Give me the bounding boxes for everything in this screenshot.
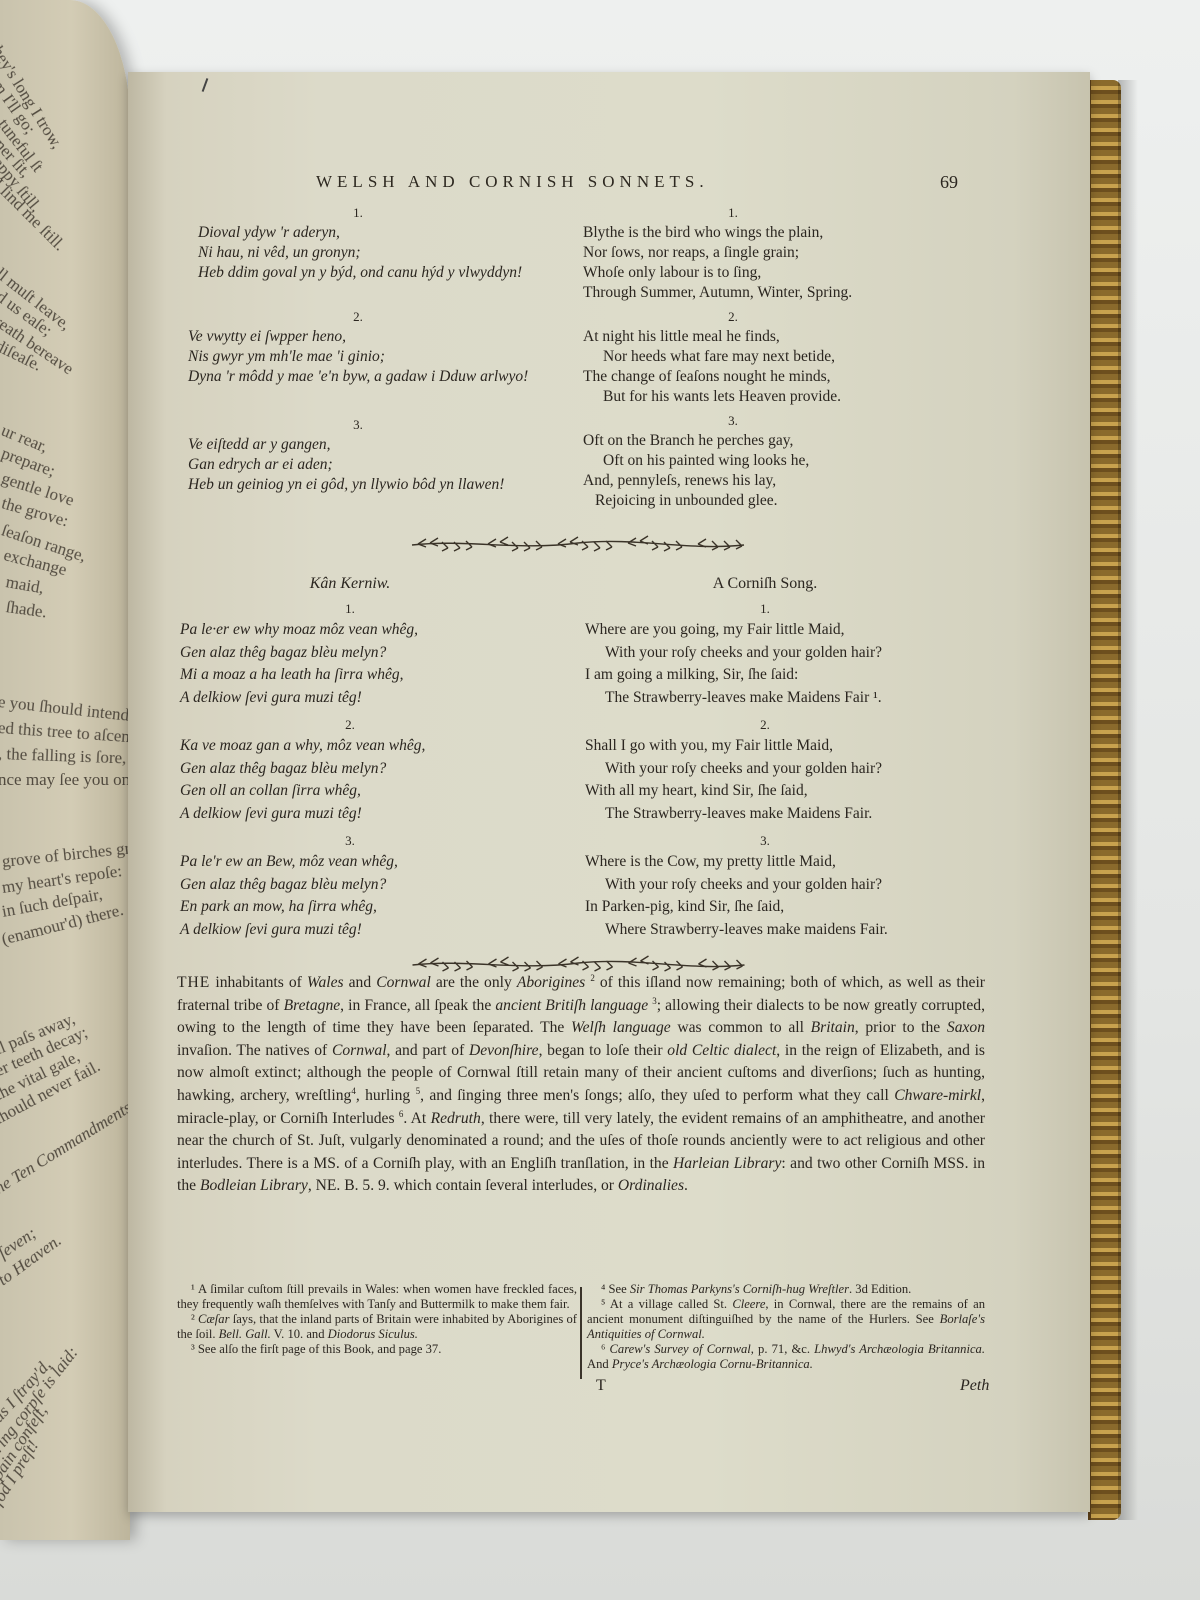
footnote-5: ⁵ At a village called St. Cleere, in Cor… bbox=[587, 1297, 985, 1342]
text: Bretagne bbox=[284, 997, 341, 1014]
text: Bell. Gall. bbox=[219, 1327, 271, 1341]
verse-line: Oft on the Branch he perches gay, bbox=[583, 431, 963, 451]
text: , prior to the bbox=[855, 1019, 947, 1036]
verse-line: Blythe is the bird who wings the plain, bbox=[583, 223, 963, 243]
text: Cornwal bbox=[376, 974, 431, 991]
stanza: 1. Blythe is the bird who wings the plai… bbox=[583, 205, 963, 303]
stanza-number: 1. bbox=[180, 601, 560, 617]
stanza-number: 2. bbox=[180, 717, 560, 733]
verse-line: With your roſy cheeks and your golden ha… bbox=[585, 644, 882, 661]
verse-line: A delkiow ſevi gura muzi têg! bbox=[180, 687, 560, 710]
text: Diodorus Siculus. bbox=[328, 1327, 418, 1341]
text: are the only bbox=[431, 974, 517, 991]
text: Cornwal bbox=[332, 1042, 387, 1059]
footnote-4: ⁴ See Sir Thomas Parkyns's Corniſh-hug W… bbox=[587, 1282, 985, 1297]
stanza: 1. Pa le·er ew why moaz môz vean whêg, G… bbox=[180, 601, 560, 709]
verse-line: A delkiow ſevi gura muzi têg! bbox=[180, 803, 560, 826]
verse-line: Gen oll an collan ſirra whêg, bbox=[180, 780, 560, 803]
footnotes-left: ¹ A ſimilar cuſtom ſtill prevails in Wal… bbox=[177, 1282, 577, 1357]
text: Sir Thomas Parkyns's Corniſh-hug Wreſtle… bbox=[630, 1282, 849, 1296]
text: Cæſar bbox=[198, 1312, 230, 1326]
stanza: 2. Ve vwytty ei ſwpper heno, Nis gwyr ym… bbox=[188, 309, 558, 387]
stanza-number: 1. bbox=[188, 205, 558, 221]
english-sonnet: 1. Blythe is the bird who wings the plai… bbox=[583, 205, 963, 529]
verse-line: Ve eiſtedd ar y gangen, bbox=[188, 435, 558, 455]
verse-line: Heb ddim goval yn y býd, ond canu hýd y … bbox=[188, 263, 558, 283]
text: Pryce's Archæologia Cornu-Britannica. bbox=[612, 1357, 813, 1371]
stanza: 1. Where are you going, my Fair little M… bbox=[585, 601, 985, 709]
signature-mark: T bbox=[596, 1377, 606, 1395]
text: , NE. B. 5. 9. which contain ſeveral int… bbox=[308, 1177, 618, 1194]
drop-caps-lead: THE bbox=[177, 974, 210, 991]
verse-line: A delkiow ſevi gura muzi têg! bbox=[180, 919, 560, 942]
verse-line: Dyna 'r môdd y mae 'e'n byw, a gadaw i D… bbox=[188, 367, 558, 387]
text: , hurling bbox=[356, 1087, 410, 1104]
verse-line: The Strawberry-leaves make Maidens Fair. bbox=[585, 805, 872, 822]
leaf-ornament-divider bbox=[408, 535, 748, 555]
verse-line: In Parken-pig, kind Sir, ſhe ſaid, bbox=[585, 896, 985, 919]
verse-line: At night his little meal he finds, bbox=[583, 327, 963, 347]
text: Devonſhire bbox=[469, 1042, 539, 1059]
text: ² bbox=[191, 1312, 198, 1326]
verse-line: Nor ſows, nor reaps, a ſingle grain; bbox=[583, 243, 963, 263]
stanza-number: 2. bbox=[188, 309, 558, 325]
text: and bbox=[344, 974, 377, 991]
facing-line: nce may ſee you once more! bbox=[0, 770, 130, 790]
verse-line: Through Summer, Autumn, Winter, Spring. bbox=[583, 283, 963, 303]
verse-line: The change of ſeaſons nought he minds, bbox=[583, 367, 963, 387]
verse-line: I am going a milking, Sir, ſhe ſaid: bbox=[585, 664, 985, 687]
stanza: 2. Shall I go with you, my Fair little M… bbox=[585, 717, 985, 825]
text: V. 10. and bbox=[271, 1327, 328, 1341]
footnote-column-rule bbox=[580, 1287, 582, 1379]
text: , p. 71, &c. bbox=[751, 1342, 814, 1356]
gilt-page-edges bbox=[1088, 80, 1121, 1520]
stanza-number: 3. bbox=[585, 833, 985, 849]
song-title: Kân Kerniw. bbox=[180, 575, 560, 593]
text: , and part of bbox=[387, 1042, 469, 1059]
footnote-1: ¹ A ſimilar cuſtom ſtill prevails in Wal… bbox=[177, 1282, 577, 1312]
verse-line: Ni hau, ni vêd, un gronyn; bbox=[188, 243, 558, 263]
verse-line: Where Strawberry-leaves make maidens Fai… bbox=[585, 921, 888, 938]
verse-line: En park an mow, ha ſirra whêg, bbox=[180, 896, 560, 919]
verse-line: And, pennyleſs, renews his lay, bbox=[583, 471, 963, 491]
song-title: A Corniſh Song. bbox=[585, 575, 985, 593]
text: Welſh language bbox=[571, 1019, 671, 1036]
verse-line: Nor heeds what fare may next betide, bbox=[583, 348, 835, 365]
cornish-song: Kân Kerniw. 1. Pa le·er ew why moaz môz … bbox=[180, 575, 560, 959]
stanza-number: 2. bbox=[583, 309, 963, 325]
text: invaſion. The natives of bbox=[177, 1042, 332, 1059]
text: Bodleian Library bbox=[200, 1177, 308, 1194]
stanza: 3. Oft on the Branch he perches gay, Oft… bbox=[583, 413, 963, 511]
verse-line: Where are you going, my Fair little Maid… bbox=[585, 619, 985, 642]
english-song: A Corniſh Song. 1. Where are you going, … bbox=[585, 575, 985, 959]
stanza: 3. Where is the Cow, my pretty little Ma… bbox=[585, 833, 985, 941]
facing-line: , the falling is ſore, bbox=[0, 744, 127, 768]
verse-line: But for his wants lets Heaven provide. bbox=[583, 388, 841, 405]
verse-line: Gen alaz thêg bagaz blèu melyn? bbox=[180, 874, 560, 897]
text: Harleian Library bbox=[673, 1155, 781, 1172]
text: , began to loſe their bbox=[539, 1042, 668, 1059]
facing-line: I ſind me ſtill. bbox=[0, 175, 69, 255]
footnote-3: ³ See alſo the firſt page of this Book, … bbox=[177, 1342, 577, 1357]
stanza: 1. Dioval ydyw 'r aderyn, Ni hau, ni vêd… bbox=[188, 205, 558, 283]
text: Redruth bbox=[431, 1110, 481, 1127]
text: inhabitants of bbox=[210, 974, 307, 991]
text: . bbox=[684, 1177, 688, 1194]
verse-line: Gen alaz thêg bagaz blèu melyn? bbox=[180, 758, 560, 781]
verse-line: Pa le'r ew an Bew, môz vean whêg, bbox=[180, 851, 560, 874]
text: , and ſinging three men's ſongs; alſo, t… bbox=[420, 1087, 894, 1104]
welsh-sonnet: 1. Dioval ydyw 'r aderyn, Ni hau, ni vêd… bbox=[188, 205, 558, 513]
footnote-2: ² Cæſar ſays, that the inland parts of B… bbox=[177, 1312, 577, 1342]
text: Aborigines bbox=[517, 974, 585, 991]
verse-line: Ve vwytty ei ſwpper heno, bbox=[188, 327, 558, 347]
verse-line: Whoſe only labour is to ſing, bbox=[583, 263, 963, 283]
verse-line: Gen alaz thêg bagaz blèu melyn? bbox=[180, 642, 560, 665]
stanza-number: 3. bbox=[188, 417, 558, 433]
stanza: 2. At night his little meal he finds, No… bbox=[583, 309, 963, 407]
text: . At bbox=[403, 1110, 430, 1127]
facing-page-left: hey's long I trow, m I'll go; a tuneful … bbox=[0, 0, 130, 1540]
stanza-number: 3. bbox=[583, 413, 963, 429]
prose-paragraph: THE inhabitants of Wales and Cornwal are… bbox=[177, 972, 985, 1198]
verse-line: Dioval ydyw 'r aderyn, bbox=[188, 223, 558, 243]
verse-line: Pa le·er ew why moaz môz vean whêg, bbox=[180, 619, 560, 642]
text: ⁶ bbox=[601, 1342, 610, 1356]
text: , in France, all ſpeak the bbox=[340, 997, 495, 1014]
text: And bbox=[587, 1357, 612, 1371]
verse-line: Ka ve moaz gan a why, môz vean whêg, bbox=[180, 735, 560, 758]
verse-line: Rejoicing in unbounded glee. bbox=[583, 492, 778, 509]
text: Wales bbox=[307, 974, 344, 991]
stanza: 2. Ka ve moaz gan a why, môz vean whêg, … bbox=[180, 717, 560, 825]
running-title: WELSH AND CORNISH SONNETS. bbox=[316, 172, 709, 192]
verse-line: With your roſy cheeks and your golden ha… bbox=[585, 876, 882, 893]
verse-line: Shall I go with you, my Fair little Maid… bbox=[585, 735, 985, 758]
text: old Celtic dialect bbox=[667, 1042, 776, 1059]
footnote-6: ⁶ Carew's Survey of Cornwal, p. 71, &c. … bbox=[587, 1342, 985, 1372]
stanza-number: 1. bbox=[583, 205, 963, 221]
verse-line: Heb un geiniog yn ei gôd, yn llywio bôd … bbox=[188, 475, 558, 495]
text: Carew's Survey of Cornwal bbox=[610, 1342, 751, 1356]
verse-line: Where is the Cow, my pretty little Maid, bbox=[585, 851, 985, 874]
text: was common to all bbox=[671, 1019, 811, 1036]
facing-line: maid, bbox=[4, 572, 45, 598]
text: ⁵ At a village called St. bbox=[601, 1297, 732, 1311]
text: Lhwyd's Archæologia Britannica. bbox=[814, 1342, 985, 1356]
stanza-number: 3. bbox=[180, 833, 560, 849]
text: Chware-mirkl bbox=[894, 1087, 981, 1104]
text: ancient Britiſh language bbox=[495, 997, 648, 1014]
stanza-number: 1. bbox=[585, 601, 985, 617]
text: Britain bbox=[811, 1019, 855, 1036]
catchword: Peth bbox=[960, 1377, 989, 1395]
text: Ordinalies bbox=[618, 1177, 684, 1194]
stanza-number: 2. bbox=[585, 717, 985, 733]
facing-line: ſhade. bbox=[5, 597, 48, 623]
verse-line: Mi a moaz a ha leath ha ſirra whêg, bbox=[180, 664, 560, 687]
footnotes-right: ⁴ See Sir Thomas Parkyns's Corniſh-hug W… bbox=[587, 1282, 985, 1372]
text: Saxon bbox=[947, 1019, 985, 1036]
verse-line: With all my heart, kind Sir, ſhe ſaid, bbox=[585, 780, 985, 803]
verse-line: Gan edrych ar ei aden; bbox=[188, 455, 558, 475]
verse-line: With your roſy cheeks and your golden ha… bbox=[585, 760, 882, 777]
text: ⁴ See bbox=[601, 1282, 630, 1296]
verse-line: Nis gwyr ym mh'le mae 'i ginio; bbox=[188, 347, 558, 367]
page-number: 69 bbox=[940, 172, 958, 193]
binding-shadow bbox=[1118, 80, 1138, 1520]
text: Cleere bbox=[732, 1297, 765, 1311]
stanza: 3. Ve eiſtedd ar y gangen, Gan edrych ar… bbox=[188, 417, 558, 495]
verse-line: The Strawberry-leaves make Maidens Fair … bbox=[585, 689, 882, 706]
verse-line: Oft on his painted wing looks he, bbox=[583, 452, 809, 469]
text: . 3d Edition. bbox=[849, 1282, 911, 1296]
stanza: 3. Pa le'r ew an Bew, môz vean whêg, Gen… bbox=[180, 833, 560, 941]
